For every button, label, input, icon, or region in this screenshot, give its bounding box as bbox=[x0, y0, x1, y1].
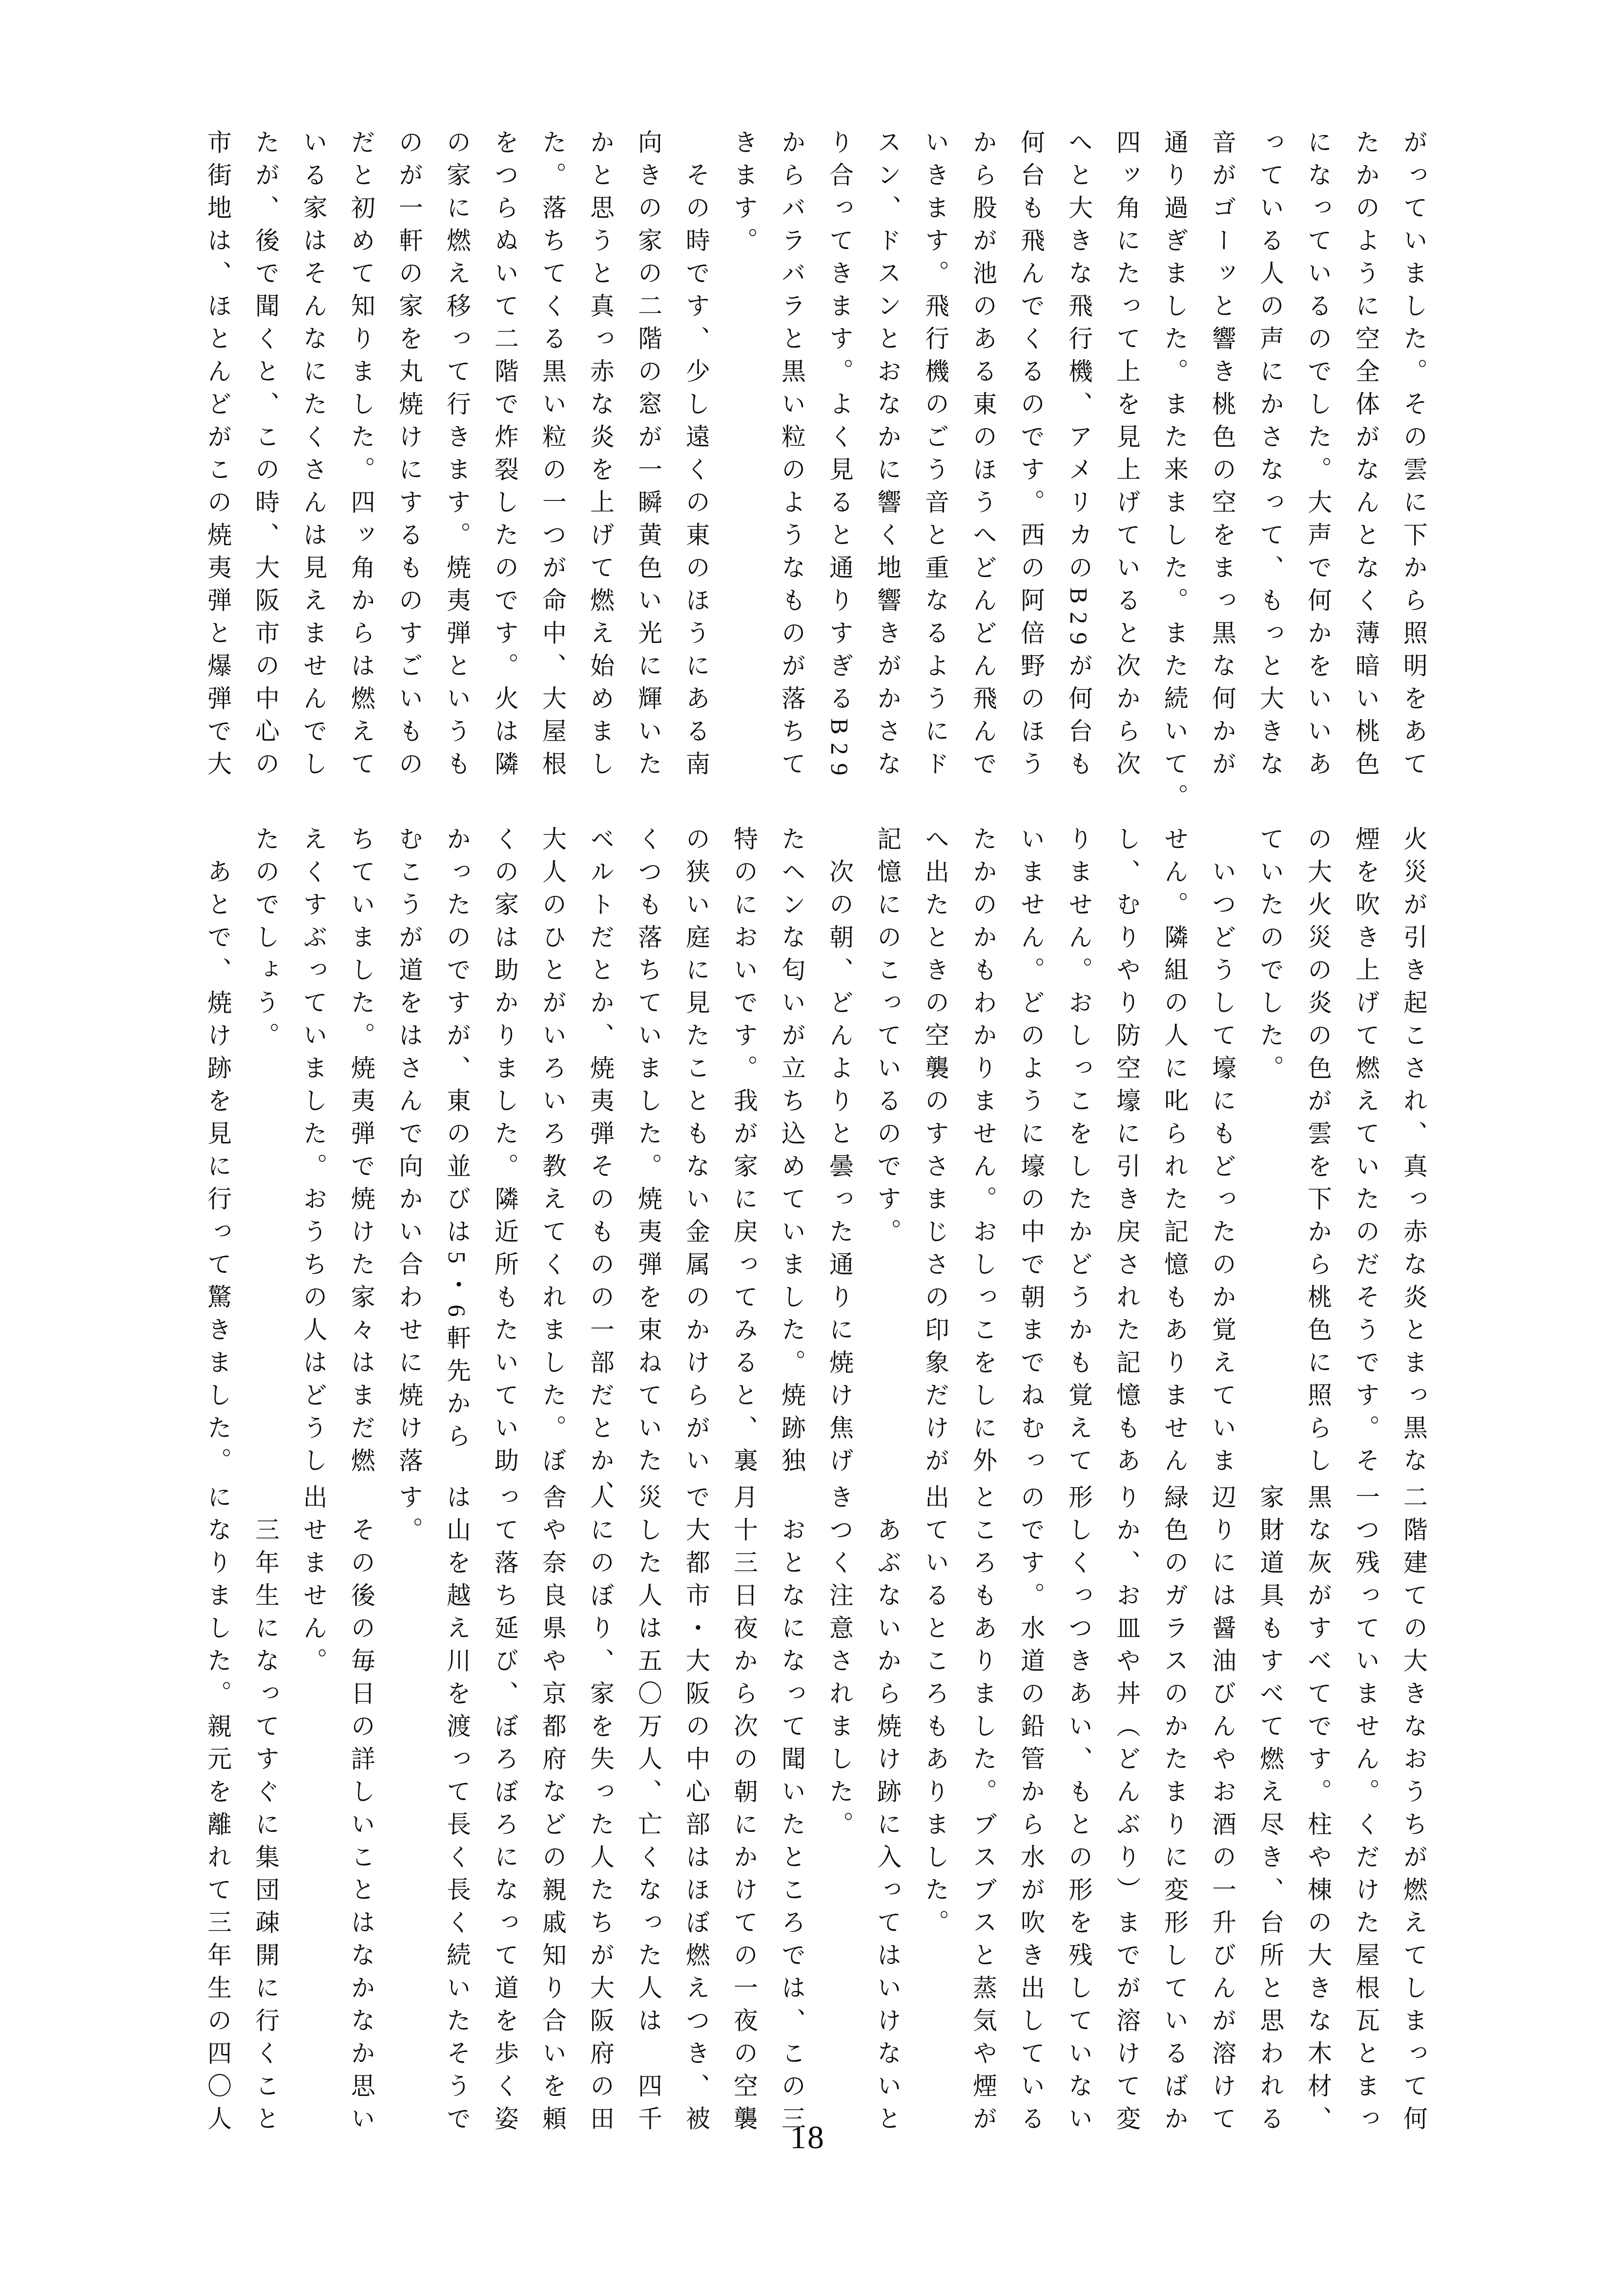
text-band-top: がっていました。その雲に下から照明をあてたかのように空全体がなんとなく薄暗い桃色… bbox=[194, 129, 1438, 786]
page-number: 18 bbox=[790, 2118, 825, 2156]
text-column: のです。水道の鉛管から水が吹き出している bbox=[1007, 1484, 1055, 2141]
text-column: 黒な灰がすべてです。柱や棟の大きな木材、 bbox=[1294, 1484, 1342, 2141]
text-column: きつく注意されました。 bbox=[816, 1484, 863, 2141]
text-column: になりました。親元を離れて三年生の四〇人 bbox=[194, 1484, 242, 2141]
text-column: 舎や奈良県や京都府などの親戚知り合いを頼 bbox=[529, 1484, 576, 2141]
text-band-middle: 火災が引き起こされ、真っ赤な炎とまっ黒な煙を吹き上げて燃えていたのだそうです。そ… bbox=[194, 826, 1438, 1483]
text-column: 音がゴーッと響き桃色の空をまっ黒な何かが bbox=[1198, 129, 1246, 786]
text-column: 二階建ての大きなおうちが燃えてしまって何 bbox=[1390, 1484, 1438, 2141]
document-page: がっていました。その雲に下から照明をあてたかのように空全体がなんとなく薄暗い桃色… bbox=[0, 0, 1624, 2280]
text-column: は山を越え川を渡って長く長く続いたそうで bbox=[433, 1484, 481, 2141]
text-column: 四ッ角にたって上を見上げていると次から次 bbox=[1103, 129, 1151, 786]
text-column: いきます。飛行機のごう音と重なるようにド bbox=[911, 129, 959, 786]
text-column: ていたのでした。 bbox=[1246, 826, 1294, 1483]
text-column: えくすぶっていました。おうちの人はどうし bbox=[289, 826, 337, 1483]
text-column: かったのですが、東の並びは5・6軒先から bbox=[433, 826, 481, 1483]
text-column: いつどうして壕にもどったのか覚えていま bbox=[1198, 826, 1246, 1483]
text-column: スン、ドスンとおなかに響く地響きがかさな bbox=[863, 129, 911, 786]
text-column: 出せません。 bbox=[289, 1484, 337, 2141]
text-column: 三年生になってすぐに集団疎開に行くこと bbox=[242, 1484, 289, 2141]
text-column: たヘンな匂いが立ち込めていました。焼跡独 bbox=[768, 826, 816, 1483]
text-column: いる家はそんなにたくさんは見えませんでし bbox=[289, 129, 337, 786]
text-column: 通り過ぎました。また来ました。また続いて。 bbox=[1151, 129, 1198, 786]
text-column: がっていました。その雲に下から照明をあて bbox=[1390, 129, 1438, 786]
text-column: りか、お皿や丼（どんぶり）までが溶けて変 bbox=[1103, 1484, 1151, 2141]
text-column: 次の朝、どんよりと曇った通りに焼け焦げ bbox=[816, 826, 863, 1483]
text-column: をつらぬいて二階で炸裂したのです。火は隣 bbox=[481, 129, 529, 786]
text-column: 月十三日夜から次の朝にかけての一夜の空襲 bbox=[720, 1484, 768, 2141]
text-column: たかのかもわかりません。おしっこをしに外 bbox=[959, 826, 1007, 1483]
text-column: 市街地は、ほとんどがこの焼夷弾と爆弾で大 bbox=[194, 129, 242, 786]
text-column: 人にのぼり、家を失った人たちが大阪府の田 bbox=[576, 1484, 624, 2141]
text-band-bottom: 二階建ての大きなおうちが燃えてしまって何一つ残っていません。くだけた屋根瓦とまっ… bbox=[194, 1484, 1438, 2141]
text-column: せん。隣組の人に叱られた記憶もありません bbox=[1151, 826, 1198, 1483]
text-column: 火災が引き起こされ、真っ赤な炎とまっ黒な bbox=[1390, 826, 1438, 1483]
text-column: た。落ちてくる黒い粒の一つが命中、大屋根 bbox=[529, 129, 576, 786]
text-column: 向きの家の二階の窓が一瞬黄色い光に輝いた bbox=[624, 129, 672, 786]
text-column: ちていました。焼夷弾で焼けた家々はまだ燃 bbox=[337, 826, 385, 1483]
text-column: し、むりやり防空壕に引き戻された記憶もあ bbox=[1103, 826, 1151, 1483]
text-column: 大人のひとがいろいろ教えてくれました。ぼ bbox=[529, 826, 576, 1483]
text-column: ところもありました。ブスブスと蒸気や煙が bbox=[959, 1484, 1007, 2141]
text-column: あぶないから焼け跡に入ってはいけないと bbox=[863, 1484, 911, 2141]
text-column: へと大きな飛行機、アメリカのB29が何台も bbox=[1055, 129, 1103, 786]
text-column: へ出たときの空襲のすさまじさの印象だけが bbox=[911, 826, 959, 1483]
text-column: ベルトだとか、焼夷弾そのものの一部だとか、 bbox=[576, 826, 624, 1483]
text-column: 何台も飛んでくるのです。西の阿倍野のほう bbox=[1007, 129, 1055, 786]
text-column: くの家は助かりました。隣近所もたいてい助 bbox=[481, 826, 529, 1483]
text-column: 形しくっつきあい、もとの形を残していない bbox=[1055, 1484, 1103, 2141]
text-column: 特のにおいです。我が家に戻ってみると、裏 bbox=[720, 826, 768, 1483]
text-column: のが一軒の家を丸焼けにするものすごいもの bbox=[385, 129, 433, 786]
text-column: の狭い庭に見たこともない金属のかけらがい bbox=[672, 826, 720, 1483]
text-column: から股が池のある東のほうへどんどん飛んで bbox=[959, 129, 1007, 786]
text-column: くつも落ちていました。焼夷弾を束ねていた bbox=[624, 826, 672, 1483]
text-column: たかのように空全体がなんとなく薄暗い桃色 bbox=[1342, 129, 1390, 786]
text-column: 辺りには醤油びんやお酒の一升びんが溶けて bbox=[1198, 1484, 1246, 2141]
text-column: きます。 bbox=[720, 129, 768, 786]
text-column: その時です、少し遠くの東のほうにある南 bbox=[672, 129, 720, 786]
text-column: 出ているところもありました。 bbox=[911, 1484, 959, 2141]
text-column: おとなになって聞いたところでは、この三 bbox=[768, 1484, 816, 2141]
text-column: 記憶にのこっているのです。 bbox=[863, 826, 911, 1483]
text-column: 一つ残っていません。くだけた屋根瓦とまっ bbox=[1342, 1484, 1390, 2141]
text-column: で大都市・大阪の中心部はほぼ燃えつき、被 bbox=[672, 1484, 720, 2141]
text-column: っている人の声にかさなって、もっと大きな bbox=[1246, 129, 1294, 786]
text-column: かと思うと真っ赤な炎を上げて燃え始めまし bbox=[576, 129, 624, 786]
text-column: の家に燃え移って行きます。焼夷弾というも bbox=[433, 129, 481, 786]
text-column: す。 bbox=[385, 1484, 433, 2141]
text-column: その後の毎日の詳しいことはなかなか思い bbox=[337, 1484, 385, 2141]
text-column: たのでしょう。 bbox=[242, 826, 289, 1483]
text-column: むこうが道をはさんで向かい合わせに焼け落 bbox=[385, 826, 433, 1483]
text-column: いません。どのように壕の中で朝までねむっ bbox=[1007, 826, 1055, 1483]
text-column: からバラバラと黒い粒のようなものが落ちて bbox=[768, 129, 816, 786]
text-column: だと初めて知りました。四ッ角からは燃えて bbox=[337, 129, 385, 786]
text-column: あとで、焼け跡を見に行って驚きました。 bbox=[194, 826, 242, 1483]
text-column: りません。おしっこをしたかどうかも覚えて bbox=[1055, 826, 1103, 1483]
text-column: 緑色のガラスのかたまりに変形しているばか bbox=[1151, 1484, 1198, 2141]
text-column: になっているのでした。大声で何かをいいあ bbox=[1294, 129, 1342, 786]
text-column: たが、後で聞くと、この時、大阪市の中心の bbox=[242, 129, 289, 786]
text-column: り合ってきます。よく見ると通りすぎるB29 bbox=[816, 129, 863, 786]
text-column: 災した人は五〇万人、亡くなった人は 四千 bbox=[624, 1484, 672, 2141]
text-column: って落ち延び、ぼろぼろになって道を歩く姿 bbox=[481, 1484, 529, 2141]
text-column: 煙を吹き上げて燃えていたのだそうです。そ bbox=[1342, 826, 1390, 1483]
text-column: の大火災の炎の色が雲を下から桃色に照らし bbox=[1294, 826, 1342, 1483]
text-column: 家財道具もすべて燃え尽き、台所と思われる bbox=[1246, 1484, 1294, 2141]
